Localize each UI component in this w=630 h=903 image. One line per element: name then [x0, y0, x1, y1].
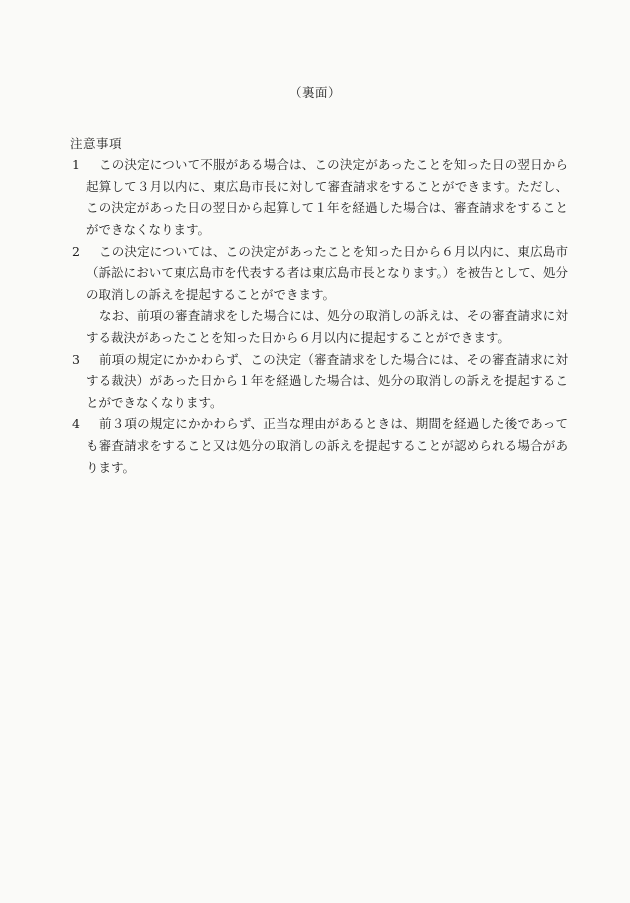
- notice-item-3: 3 前項の規定にかかわらず、この決定（審査請求をした場合には、その審査請求に対す…: [70, 349, 568, 414]
- item-text: この決定については、この決定があったことを知った日から６月以内に、東広島市（訴訟…: [86, 241, 568, 306]
- notice-item-2: 2 この決定については、この決定があったことを知った日から６月以内に、東広島市（…: [70, 241, 568, 349]
- item-text: 前３項の規定にかかわらず、正当な理由があるときは、期間を経過した後であっても審査…: [86, 413, 568, 478]
- item-number: 2: [72, 241, 80, 263]
- notice-list: 1 この決定について不服がある場合は、この決定があったことを知った日の翌日から起…: [70, 154, 568, 478]
- document-page: （裏面） 注意事項 1 この決定について不服がある場合は、この決定があったことを…: [0, 0, 630, 903]
- item-number: 3: [72, 349, 80, 371]
- notice-item-4: 4 前３項の規定にかかわらず、正当な理由があるときは、期間を経過した後であっても…: [70, 413, 568, 478]
- section-title: 注意事項: [70, 133, 630, 155]
- item-number: 1: [72, 154, 80, 176]
- item-text: この決定について不服がある場合は、この決定があったことを知った日の翌日から起算し…: [86, 154, 568, 240]
- item-text: 前項の規定にかかわらず、この決定（審査請求をした場合には、その審査請求に対する裁…: [86, 349, 568, 414]
- page-side-label: （裏面）: [0, 82, 630, 104]
- item-number: 4: [72, 413, 80, 435]
- notice-item-1: 1 この決定について不服がある場合は、この決定があったことを知った日の翌日から起…: [70, 154, 568, 240]
- item-note: なお、前項の審査請求をした場合には、処分の取消しの訴えは、その審査請求に対する裁…: [86, 305, 568, 348]
